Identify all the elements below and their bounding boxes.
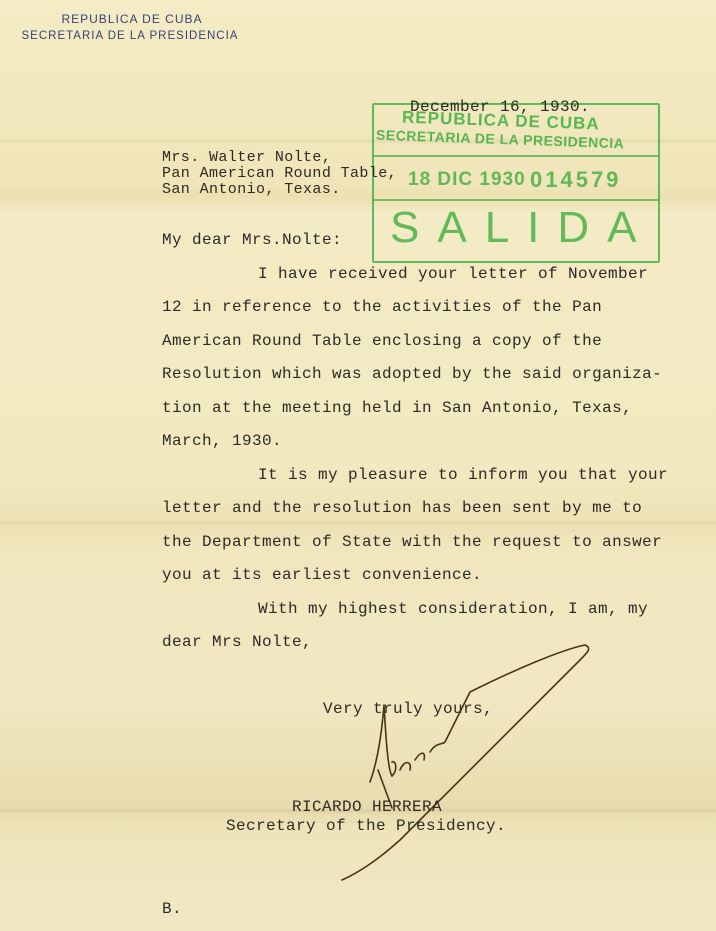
letterhead-office: SECRETARIA DE LA PRESIDENCIA [0,28,260,45]
recipient-location: San Antonio, Texas. [162,182,341,198]
stamp-label: SALIDA [390,203,655,253]
body-line: March, 1930. [162,432,282,450]
paper-fold [0,520,716,526]
signatory-name: RICARDO HERRERA [292,798,442,816]
stamp-divider [372,199,660,201]
received-stamp: REPUBLICA DE CUBA SECRETARIA DE LA PRESI… [372,103,660,263]
body-line: I have received your letter of November [258,265,648,283]
body-line: Resolution which was adopted by the said… [162,365,662,383]
closing: Very truly yours, [323,700,493,718]
stamp-number: 014579 [530,167,621,193]
typist-initial: B. [162,900,182,918]
letter-date: December 16, 1930. [410,98,590,116]
body-line: tion at the meeting held in San Antonio,… [162,399,632,417]
body-line: you at its earliest convenience. [162,566,482,584]
body-line: letter and the resolution has been sent … [162,499,642,517]
salutation: My dear Mrs.Nolte: [162,231,342,249]
body-line: American Round Table enclosing a copy of… [162,332,602,350]
body-line: 12 in reference to the activities of the… [162,298,602,316]
letterhead: REPUBLICA DE CUBA SECRETARIA DE LA PRESI… [0,10,260,45]
stamp-divider [372,155,660,157]
signatory-title: Secretary of the Presidency. [226,817,506,835]
body-line: the Department of State with the request… [162,533,662,551]
recipient-organization: Pan American Round Table, [162,166,397,182]
stamp-date: 18 DIC 1930 [408,169,526,191]
body-line: With my highest consideration, I am, my [258,600,648,618]
recipient-name: Mrs. Walter Nolte, [162,150,331,166]
body-line: It is my pleasure to inform you that you… [258,466,668,484]
letterhead-country: REPUBLICA DE CUBA [0,10,260,28]
body-line: dear Mrs Nolte, [162,633,312,651]
